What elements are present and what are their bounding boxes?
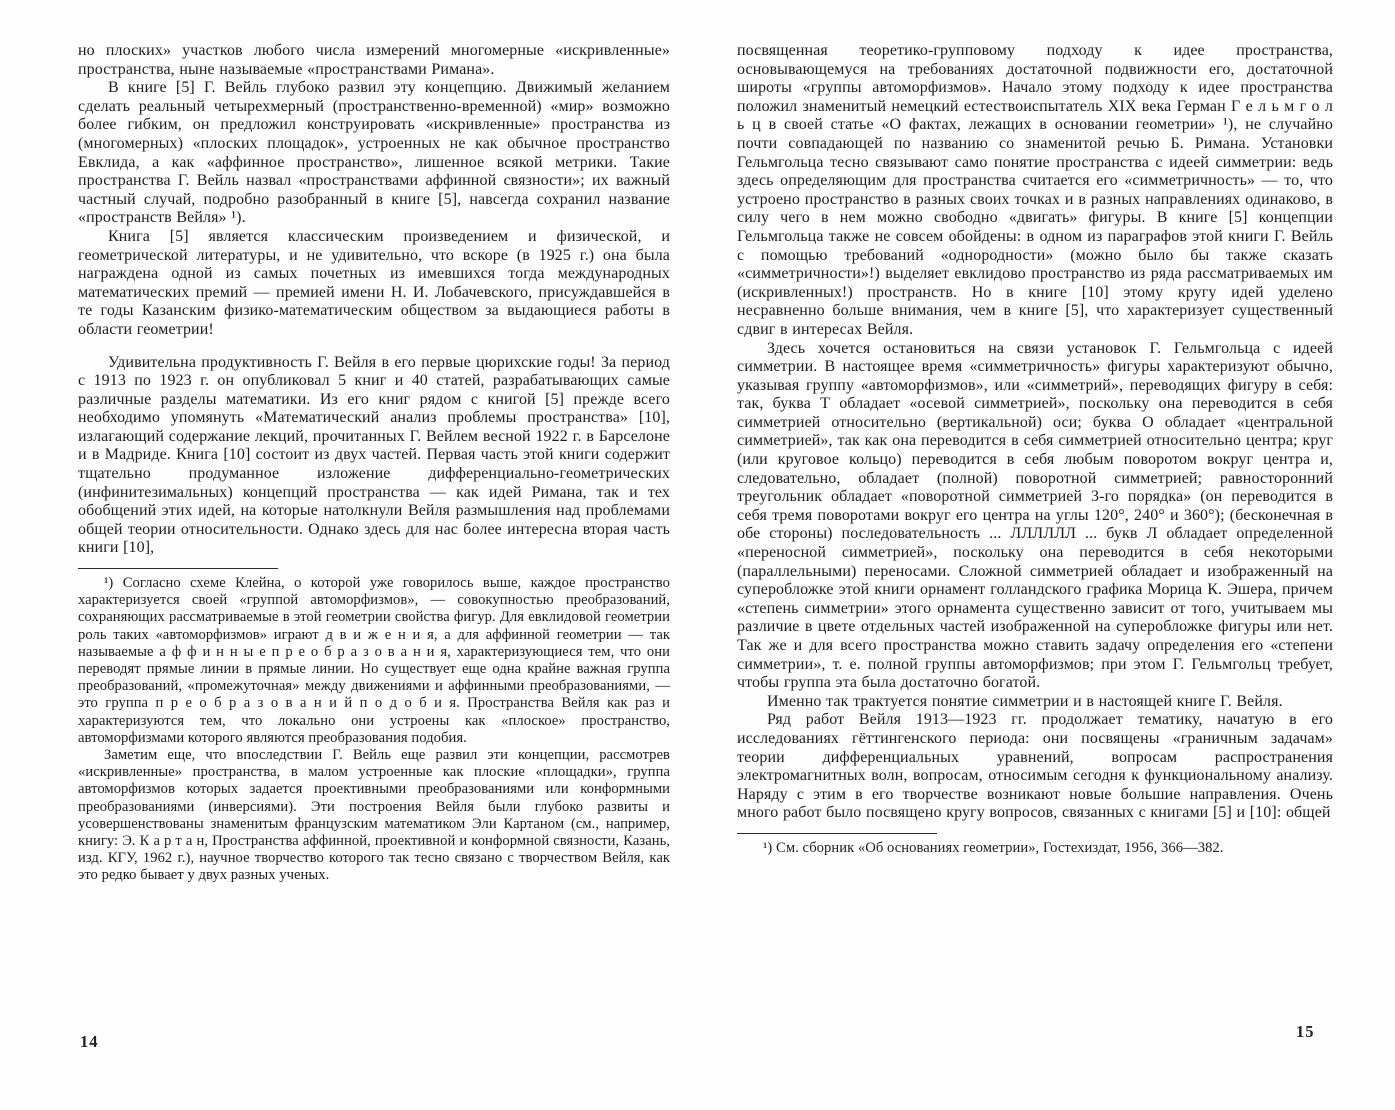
paragraph: Книга [5] является классическим произвед…: [78, 228, 670, 340]
footnote-paragraph: Заметим еще, что впоследствии Г. Вейль е…: [78, 747, 670, 885]
book-scan: { "document": { "kind": "scanned book sp…: [0, 0, 1395, 1110]
right-page-footnote: ¹) См. сборник «Об основаниях геометрии»…: [737, 840, 1333, 857]
left-page-footnote: ¹) Согласно схеме Клейна, о которой уже …: [78, 575, 670, 885]
footnote-separator: [78, 568, 278, 569]
footnote-paragraph: ¹) См. сборник «Об основаниях геометрии»…: [737, 840, 1333, 857]
right-page-body: посвященная теоретико-групповому подходу…: [737, 42, 1333, 823]
paragraph: Здесь хочется остановиться на связи уста…: [737, 340, 1333, 693]
paragraph: но плоских» участков любого числа измере…: [78, 42, 670, 79]
paragraph: Ряд работ Вейля 1913—1923 гг. продолжает…: [737, 711, 1333, 823]
paragraph: Именно так трактуется понятие симметрии …: [737, 693, 1333, 712]
page-number-left: 14: [80, 1032, 99, 1052]
left-page: но плоских» участков любого числа измере…: [78, 42, 670, 885]
footnote-separator: [737, 833, 937, 834]
page-number-right: 15: [1296, 1022, 1315, 1042]
left-page-body: но плоских» участков любого числа измере…: [78, 42, 670, 558]
paragraph: Удивительна продуктивность Г. Вейля в ег…: [78, 354, 670, 559]
right-page: посвященная теоретико-групповому подходу…: [737, 42, 1333, 857]
paragraph: посвященная теоретико-групповому подходу…: [737, 42, 1333, 340]
footnote-paragraph: ¹) Согласно схеме Клейна, о которой уже …: [78, 575, 670, 747]
paragraph: В книге [5] Г. Вейль глубоко развил эту …: [78, 79, 670, 228]
